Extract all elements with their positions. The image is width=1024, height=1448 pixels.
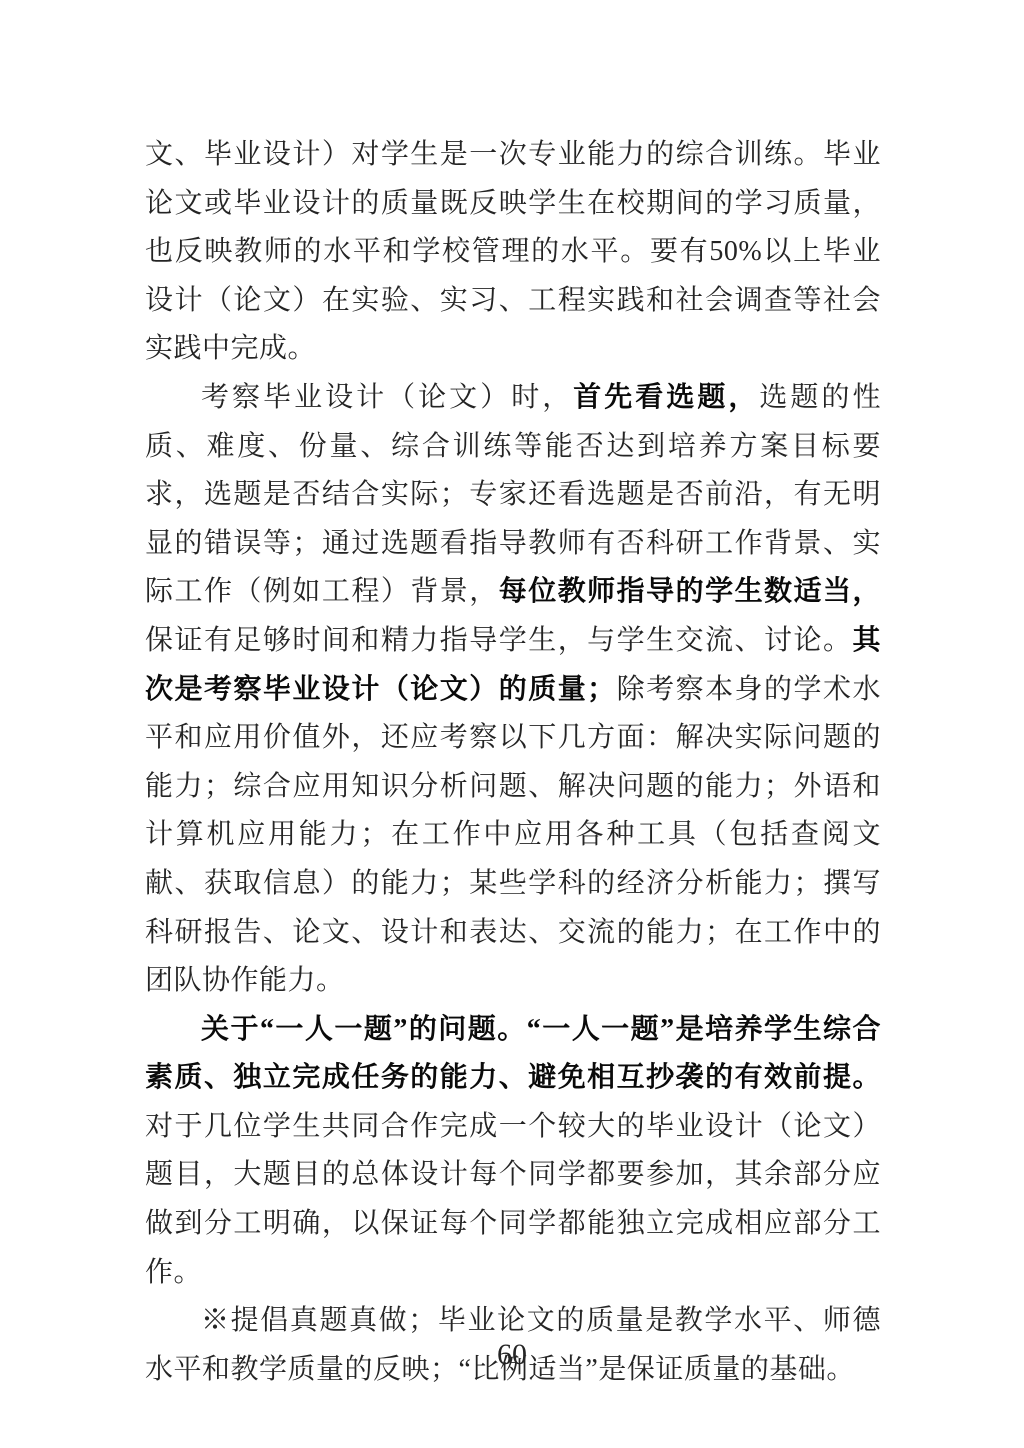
paragraph-2: 考察毕业设计（论文）时，首先看选题，选题的性质、难度、份量、综合训练等能否达到培… bbox=[145, 374, 881, 1006]
text-run: 保证有足够时间和精力指导学生，与学生交流、讨论。 bbox=[145, 625, 852, 656]
bold-text-run: 关于“一人一题”的问题。“一人一题”是培养学生综合素质、独立完成任务的能力、避免… bbox=[145, 1014, 881, 1094]
text-run: 文、毕业设计）对学生是一次专业能力的综合训练。毕业论文或毕业设计的质量既反映学生… bbox=[145, 139, 881, 364]
paragraph-3: 关于“一人一题”的问题。“一人一题”是培养学生综合素质、独立完成任务的能力、避免… bbox=[145, 1006, 881, 1298]
paragraph-1: 文、毕业设计）对学生是一次专业能力的综合训练。毕业论文或毕业设计的质量既反映学生… bbox=[145, 131, 881, 374]
text-run: 选题的性质、难度、份量、综合训练等能否达到培养方案目标要求，选题是否结合实际；专… bbox=[145, 382, 881, 607]
text-run: 除考察本身的学术水平和应用价值外，还应考察以下几方面：解决实际问题的能力；综合应… bbox=[145, 674, 881, 997]
text-run: 对于几位学生共同合作完成一个较大的毕业设计（论文）题目，大题目的总体设计每个同学… bbox=[145, 1111, 881, 1288]
bold-text-run: 每位教师指导的学生数适当， bbox=[499, 576, 881, 607]
document-body: 文、毕业设计）对学生是一次专业能力的综合训练。毕业论文或毕业设计的质量既反映学生… bbox=[145, 131, 881, 1394]
page-number: 60 bbox=[497, 1338, 527, 1371]
text-run: 考察毕业设计（论文）时， bbox=[201, 382, 573, 413]
document-page: 文、毕业设计）对学生是一次专业能力的综合训练。毕业论文或毕业设计的质量既反映学生… bbox=[0, 0, 1024, 1448]
bold-text-run: 首先看选题， bbox=[573, 382, 759, 413]
page-footer: 60 bbox=[0, 1338, 1024, 1372]
